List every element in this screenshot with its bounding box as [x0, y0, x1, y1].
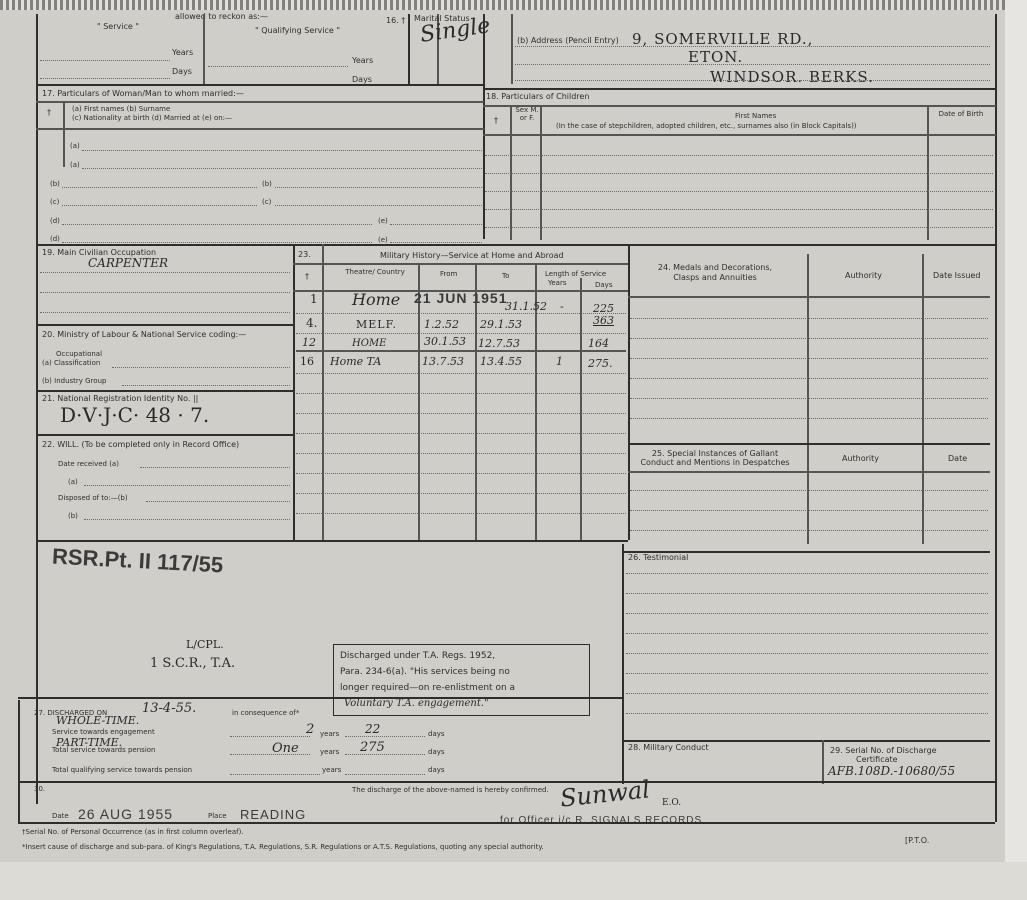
years-label: years	[322, 766, 341, 774]
row-rule	[296, 473, 626, 474]
dagger: †	[47, 108, 51, 117]
will-a-label: (a)	[68, 478, 78, 486]
industry-group-field[interactable]	[122, 385, 290, 386]
section-28-title: 28. Military Conduct	[628, 743, 709, 752]
engagement-years-value: 2	[306, 722, 314, 737]
medal-row[interactable]	[630, 418, 988, 419]
section-29-title-1: 29. Serial No. of Discharge	[830, 746, 937, 755]
will-b-label: (b)	[68, 512, 78, 520]
section-17-desc-2: (c) Nationality at birth (d) Married at …	[72, 114, 232, 122]
rule	[36, 128, 484, 130]
testimonial-line[interactable]	[626, 593, 988, 594]
child-row[interactable]	[485, 227, 993, 228]
disposed-of-label: Disposed of to:—(b)	[58, 494, 128, 502]
consequence-label: in consequence of*	[232, 709, 299, 717]
spouse-nationality-field[interactable]	[275, 205, 482, 206]
qualifying-days-field[interactable]	[345, 774, 425, 775]
col-from: From	[440, 270, 457, 278]
rule	[628, 296, 990, 298]
row-rule	[296, 453, 626, 454]
row-rule	[296, 373, 626, 374]
row-label-c: (c)	[50, 198, 59, 206]
from-date: 30.1.53	[424, 335, 466, 348]
engagement-years-field[interactable]	[230, 736, 310, 737]
rule	[483, 134, 996, 136]
occupation-field-line[interactable]	[40, 272, 290, 273]
date-received-label: Date received (a)	[58, 460, 119, 468]
frame-left-lower	[18, 700, 20, 822]
row-rule	[296, 493, 626, 494]
will-b-field[interactable]	[84, 519, 290, 520]
service-years-label: Years	[172, 48, 193, 57]
row-label-e-right: (e)	[378, 236, 388, 244]
row-label-b-right: (b)	[262, 180, 272, 188]
eo-initials: E.O.	[662, 798, 681, 808]
divider	[807, 254, 809, 544]
divider	[622, 544, 624, 784]
date-header: Date	[948, 454, 967, 463]
to-date: 31.1.52	[505, 300, 547, 313]
qualifying-pension-label: Total qualifying service towards pension	[52, 766, 192, 774]
confirmation-text: The discharge of the above-named is here…	[352, 786, 549, 794]
spouse-nationality-field[interactable]	[62, 205, 257, 206]
serial: 1	[310, 292, 318, 306]
classification-label: (a) Classification	[42, 359, 100, 367]
to-date: 12.7.53	[478, 337, 520, 350]
authority-header: Authority	[842, 454, 879, 463]
date-received-field[interactable]	[140, 467, 290, 468]
from-date: 13.7.53	[422, 355, 464, 368]
national-registration-value: D·V·J·C· 48 · 7.	[60, 403, 209, 427]
industry-group-label: (b) Industry Group	[42, 377, 106, 385]
signals-records-stamp: for Officer i/c R. SIGNALS RECORDS	[500, 815, 702, 826]
child-row[interactable]	[485, 209, 993, 210]
from-date: 1.2.52	[424, 318, 459, 331]
service-years-field[interactable]	[40, 60, 170, 61]
medal-row[interactable]	[630, 338, 988, 339]
occupation-field-line[interactable]	[40, 312, 290, 313]
row-label-d: (d)	[50, 235, 60, 243]
service-days-label: Days	[172, 67, 192, 76]
row-rule	[296, 393, 626, 394]
whole-time-value: WHOLE-TIME.	[56, 714, 139, 727]
rule	[36, 540, 628, 542]
section-24-title-1: 24. Medals and Decorations,	[640, 263, 790, 272]
engagement-days-field[interactable]	[345, 736, 425, 737]
gallant-row[interactable]	[630, 510, 988, 511]
to-date: 29.1.53	[480, 318, 522, 331]
place-label: Place	[208, 812, 227, 820]
section-23-title: Military History—Service at Home and Abr…	[380, 251, 564, 260]
divider	[408, 14, 410, 86]
spouse-first-names-field[interactable]	[82, 150, 482, 151]
date-of-birth-header: Date of Birth	[930, 110, 992, 118]
serial: 16	[300, 355, 314, 368]
rule	[36, 101, 484, 103]
occupational-label: Occupational	[56, 350, 102, 358]
rule	[628, 443, 990, 445]
days-label: days	[428, 748, 445, 756]
theatre: Home	[352, 290, 400, 309]
col-to: To	[502, 272, 509, 280]
service-label: " Service "	[97, 22, 139, 31]
qualifying-days-label: Days	[352, 75, 372, 84]
row-label-e-right: (e)	[378, 217, 388, 225]
please-turn-over: [P.T.O.	[905, 836, 929, 845]
married-on-field[interactable]	[390, 224, 482, 225]
footnote-serial: †Serial No. of Personal Occurrence (as i…	[22, 828, 244, 836]
sex-header: Sex M. or F.	[512, 106, 542, 122]
serial: 4.	[306, 316, 317, 330]
page-edge	[1005, 0, 1027, 900]
rule	[18, 697, 622, 699]
address-line-3: WINDSOR. BERKS.	[710, 68, 874, 86]
rule	[36, 84, 484, 86]
row-rule	[296, 350, 626, 352]
rule	[483, 105, 996, 107]
first-names-subheader: (In the case of stepchildren, adopted ch…	[556, 122, 857, 130]
years: 1	[556, 355, 563, 368]
dagger: †	[494, 116, 498, 125]
section-30-num: 30.	[34, 785, 45, 793]
date-issued-header: Date Issued	[933, 271, 980, 280]
qualifying-years-field[interactable]	[230, 774, 320, 775]
col-dagger: †	[305, 272, 309, 281]
divider	[580, 278, 582, 540]
rule	[628, 471, 990, 473]
theatre: HOME	[352, 338, 386, 349]
divider	[63, 101, 65, 167]
qualifying-years-label: Years	[352, 56, 373, 65]
section-18-title: 18. Particulars of Children	[486, 92, 589, 101]
table-surface	[0, 862, 1027, 900]
rule	[36, 434, 294, 436]
authority-header: Authority	[845, 271, 882, 280]
rule	[36, 390, 294, 392]
rule	[622, 740, 990, 742]
testimonial-line[interactable]	[626, 693, 988, 694]
disposed-field[interactable]	[146, 501, 290, 502]
divider	[322, 244, 324, 540]
discharged-on-value: 13-4-55.	[142, 701, 196, 716]
married-at-field[interactable]	[62, 224, 372, 225]
row-label-a: (a)	[70, 161, 80, 169]
section-25-title-2: Conduct and Mentions in Despatches	[630, 458, 800, 467]
section-17-title: 17. Particulars of Woman/Man to whom mar…	[42, 89, 244, 98]
gallant-row[interactable]	[630, 490, 988, 491]
testimonial-line[interactable]	[626, 633, 988, 634]
col-theatre: Theatre/ Country	[345, 268, 405, 276]
address-field-line[interactable]	[515, 80, 990, 81]
rule	[483, 88, 996, 90]
discharge-note-line-3: longer required—on re-enlistment on a	[340, 683, 515, 693]
divider	[822, 740, 824, 784]
pension-years-value: One	[272, 741, 299, 756]
divider	[922, 254, 924, 544]
days: 363	[593, 314, 614, 327]
item16-label: 16. †	[386, 16, 405, 25]
discharge-note-line-1: Discharged under T.A. Regs. 1952,	[340, 651, 495, 661]
days: 164	[588, 337, 609, 350]
rule	[18, 822, 995, 824]
address-field-line[interactable]	[515, 46, 990, 47]
section-26-title: 26. Testimonial	[628, 553, 688, 562]
rule	[36, 244, 996, 246]
years: -	[560, 300, 564, 313]
rule	[36, 324, 294, 326]
gallant-row[interactable]	[630, 530, 988, 531]
col-length: Length of Service	[545, 270, 606, 278]
col-years: Years	[548, 279, 566, 287]
years-label: years	[320, 748, 339, 756]
row-rule	[296, 413, 626, 414]
theatre: MELF.	[356, 318, 397, 331]
rank-value: L/CPL.	[186, 638, 224, 651]
address-field-line[interactable]	[515, 64, 990, 65]
days-label: days	[428, 766, 445, 774]
section-29-title-2: Certificate	[856, 755, 898, 764]
child-row[interactable]	[485, 191, 993, 192]
discharge-certificate-serial: AFB.108D.-10680/55	[828, 764, 955, 778]
place-stamp: READING	[240, 807, 306, 822]
medal-row[interactable]	[630, 378, 988, 379]
date-label: Date	[52, 812, 69, 820]
serial: 12	[302, 336, 316, 349]
first-names-header: First Names	[735, 112, 776, 120]
discharge-note-line-2: Para. 234-6(a). "His services being no	[340, 667, 510, 677]
days-label: days	[428, 730, 445, 738]
row-label-a: (a)	[70, 142, 80, 150]
qualifying-years-field[interactable]	[208, 66, 348, 67]
service-engagement-label: Service towards engagement	[52, 728, 155, 736]
to-date: 13.4.55	[480, 355, 522, 368]
row-rule	[296, 333, 626, 334]
address-label: (b) Address (Pencil Entry)	[517, 36, 619, 45]
child-row[interactable]	[485, 155, 993, 156]
row-label-b: (b)	[50, 180, 60, 188]
pension-days-value: 275	[360, 740, 385, 755]
married-on-field[interactable]	[390, 242, 482, 243]
row-rule	[296, 513, 626, 514]
married-at-field[interactable]	[62, 242, 372, 243]
will-a-field[interactable]	[84, 485, 290, 486]
child-row[interactable]	[485, 173, 993, 174]
from-date-stamp: 21 JUN 1951	[414, 290, 508, 306]
rule	[18, 781, 995, 783]
theatre: Home TA	[330, 355, 381, 368]
row-rule	[296, 433, 626, 434]
medal-row[interactable]	[630, 318, 988, 319]
divider	[293, 244, 295, 540]
days: 275.	[588, 357, 613, 370]
section-24-title-2: Clasps and Annuities	[640, 273, 790, 282]
section-25-title-1: 25. Special Instances of Gallant	[630, 449, 800, 458]
medal-row[interactable]	[630, 398, 988, 399]
testimonial-line[interactable]	[626, 653, 988, 654]
section-22-title: 22. WILL. (To be completed only in Recor…	[42, 440, 239, 449]
unit-value: 1 S.C.R., T.A.	[150, 656, 235, 671]
section-21-title: 21. National Registration Identity No. |…	[42, 394, 198, 403]
section-20-title: 20. Ministry of Labour & National Servic…	[42, 330, 246, 339]
spouse-first-names-field[interactable]	[82, 168, 482, 169]
qualifying-service-label: " Qualifying Service "	[255, 26, 340, 35]
date-stamp: 26 AUG 1955	[78, 806, 173, 822]
section-17-desc-1: (a) First names (b) Surname	[72, 105, 170, 113]
civilian-occupation-value: CARPENTER	[88, 256, 168, 270]
col-days: Days	[595, 281, 612, 289]
medal-row[interactable]	[630, 358, 988, 359]
row-label-d: (d)	[50, 217, 60, 225]
footnote-discharge-cause: *Insert cause of discharge and sub-para.…	[22, 843, 544, 851]
section-23-num: 23.	[298, 250, 311, 259]
divider	[203, 14, 205, 84]
rule	[293, 263, 628, 265]
occupation-field-line[interactable]	[40, 292, 290, 293]
pension-days-field[interactable]	[345, 754, 425, 755]
spouse-surname-field[interactable]	[62, 187, 257, 188]
divider	[483, 14, 485, 239]
testimonial-line[interactable]	[626, 613, 988, 614]
engagement-days-value: 22	[365, 722, 380, 736]
row-label-c-right: (c)	[262, 198, 271, 206]
service-days-field[interactable]	[40, 78, 170, 79]
testimonial-line[interactable]	[626, 573, 988, 574]
frame-left	[36, 14, 38, 804]
pension-label: Total service towards pension	[52, 746, 155, 754]
allowed-to-reckon-label: allowed to reckon as:—	[175, 12, 268, 21]
discharge-note-line-4: Voluntary T.A. engagement."	[344, 698, 489, 709]
testimonial-line[interactable]	[626, 673, 988, 674]
row-rule	[296, 313, 626, 314]
years-label: years	[320, 730, 339, 738]
classification-field[interactable]	[112, 367, 290, 368]
divider	[511, 14, 513, 84]
spouse-surname-field[interactable]	[275, 187, 482, 188]
testimonial-line[interactable]	[626, 713, 988, 714]
divider	[628, 244, 630, 540]
